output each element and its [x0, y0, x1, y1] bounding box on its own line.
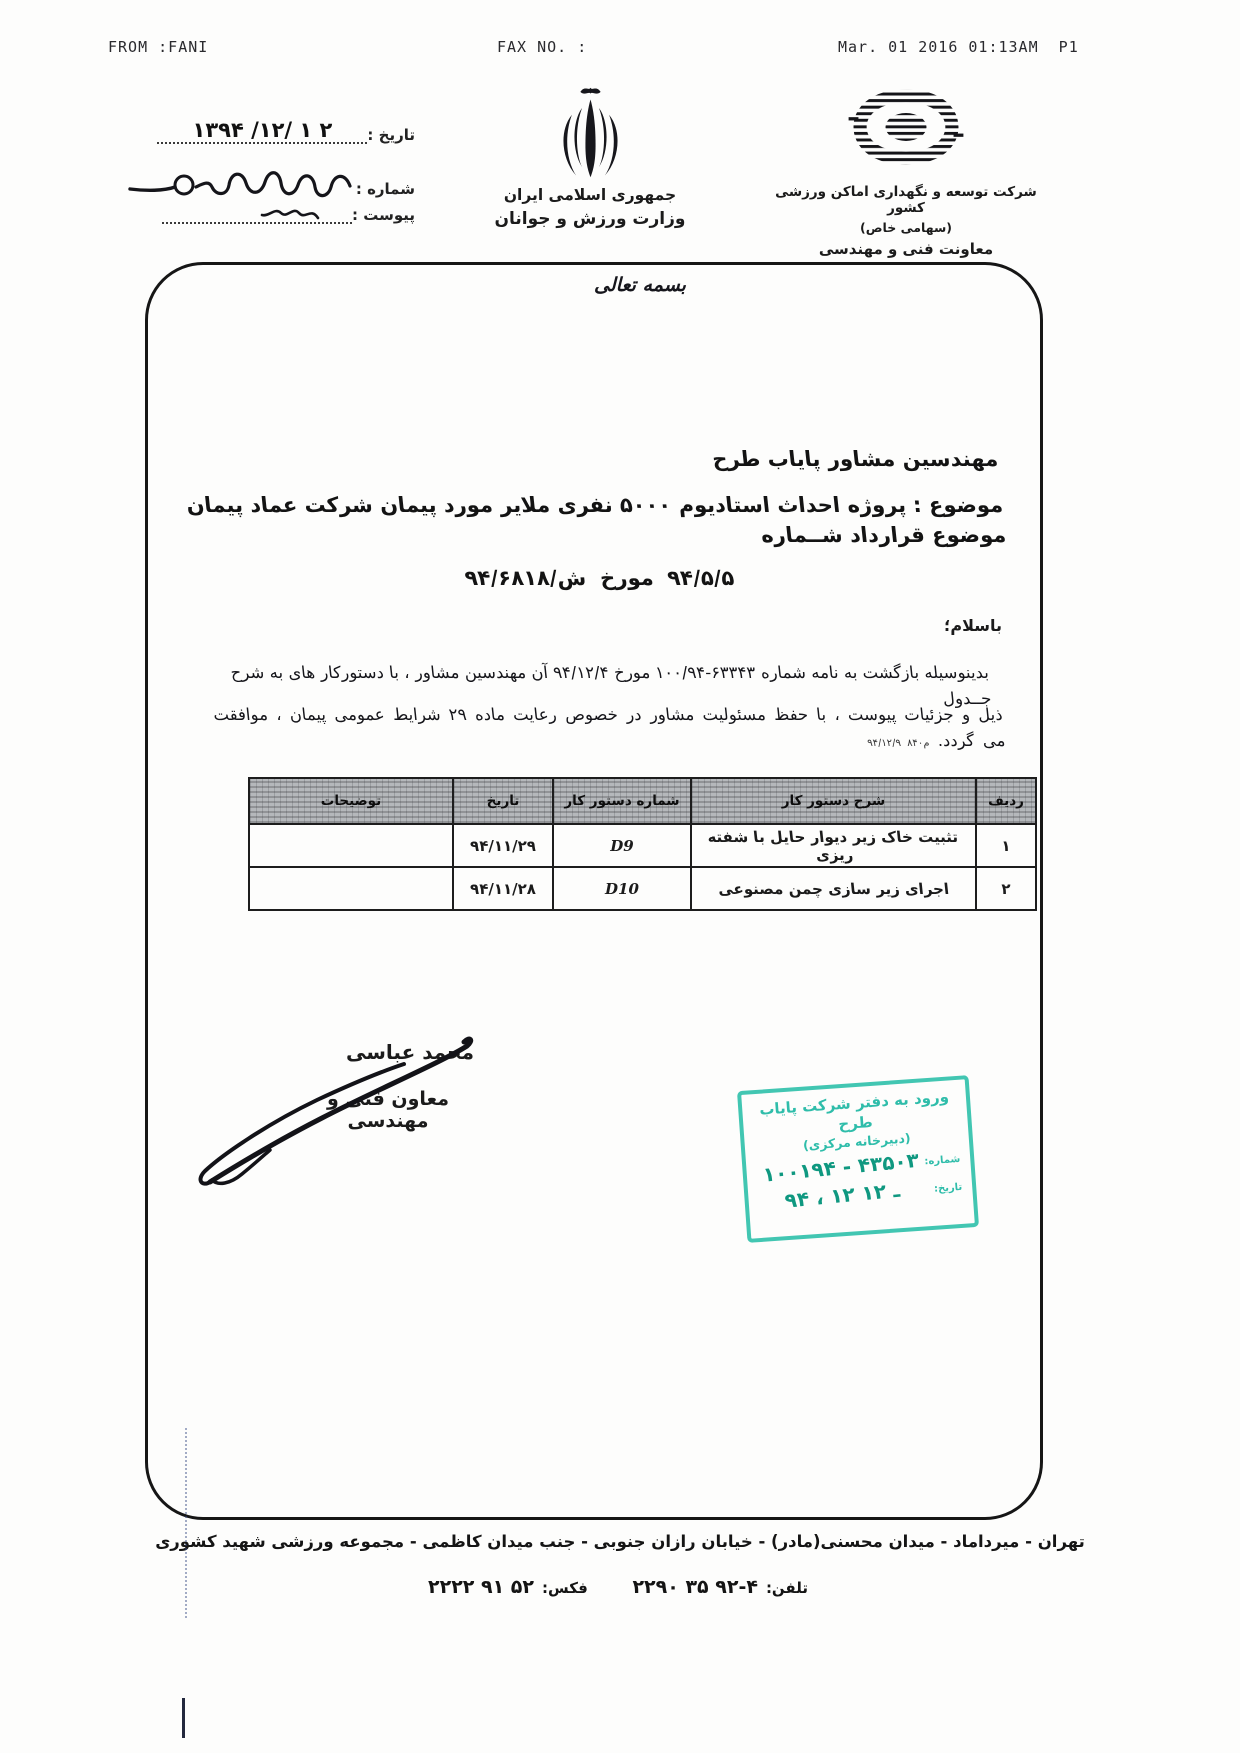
col-header-shomareh: شماره دستور کار — [553, 778, 691, 824]
fax-label: فکس: — [542, 1579, 588, 1597]
col-header-tozihat: توضیحات — [249, 778, 453, 824]
reference-block: تاریخ : ۱۳۹۴ /۱۲/ ۱ ۲ شماره : پیوست : — [90, 118, 415, 234]
striped-oval-logo-icon — [848, 86, 964, 168]
cell-shomareh: D9 — [553, 824, 691, 867]
stamp-number-label: شماره: — [924, 1153, 961, 1166]
phone-value: ۲۲۹۰ ۳۵ ۹۲-۴ — [632, 1576, 758, 1598]
scan-artifact-dotted-line — [185, 1428, 187, 1618]
cell-sharh: اجرای زیر سازی چمن مصنوعی — [689, 867, 979, 910]
scan-artifact-bar — [182, 1698, 185, 1738]
contract-ref-line: ۹۴/۶۸۱۸/ش مورخ ۹۴/۵/۵ — [187, 566, 1012, 590]
cell-tarikh: ۹۴/۱۱/۲۸ — [453, 867, 553, 910]
stamp-date-label: تاریخ: — [934, 1181, 963, 1194]
letterhead-logo — [848, 86, 964, 168]
cell-tarikh: ۹۴/۱۱/۲۹ — [453, 824, 553, 867]
company-type: (سهامی خاص) — [772, 220, 1040, 235]
ref-attachment-line — [162, 204, 352, 224]
fax-document-page: { "fax_header": { "from": "FROM :FANI", … — [0, 0, 1240, 1753]
ref-attachment-row: پیوست : — [90, 204, 415, 224]
cell-sharh: تثبیت خاک زیر دیوار حایل با شفته ریزی — [689, 824, 979, 867]
contract-number: ۹۴/۶۸۱۸/ش — [464, 566, 588, 590]
body-line-2: ذیل و جزئیات پیوست ، با حفظ مسئولیت مشاو… — [189, 702, 1007, 757]
phone-label: تلفن: — [766, 1579, 808, 1597]
subject-line: موضوع : پروژه احداث استادیوم ۵۰۰۰ نفری م… — [179, 490, 1007, 550]
recipient-line: مهندسین مشاور پایاب طرح — [174, 444, 999, 474]
phone-group: تلفن: ۲۲۹۰ ۳۵ ۹۲-۴ — [632, 1576, 808, 1598]
signer-title: معاون فنی و مهندسی — [288, 1088, 488, 1132]
signer-name: محمد عباسی — [335, 1040, 485, 1064]
country-title: جمهوری اسلامی ایران — [480, 186, 700, 204]
directives-table-wrap: ردیف شرح دستور کار شماره دستور کار تاریخ… — [248, 777, 1037, 911]
cell-radif: ۲ — [976, 867, 1036, 910]
body-ref-date: ۹۴/۱۲/۴ — [552, 663, 609, 682]
salutation: باسلام؛ — [822, 616, 1002, 635]
cell-tozihat — [249, 867, 453, 910]
ref-number-row: شماره : — [90, 154, 415, 198]
cell-shomareh: D10 — [553, 867, 691, 910]
letterhead-right-text: شرکت توسعه و نگهداری اماکن ورزشی کشور (س… — [772, 184, 1040, 258]
directives-table: ردیف شرح دستور کار شماره دستور کار تاریخ… — [248, 777, 1037, 911]
table-header-row: ردیف شرح دستور کار شماره دستور کار تاریخ… — [249, 778, 1036, 824]
cell-tozihat — [249, 824, 453, 867]
handwritten-scribble-small-icon — [260, 204, 322, 226]
col-header-sharh: شرح دستور کار — [691, 778, 976, 824]
ref-date-value: ۱۳۹۴ /۱۲/ ۱ ۲ — [187, 118, 339, 143]
col-header-tarikh: تاریخ — [453, 778, 553, 824]
fax-header-timestamp: Mar. 01 2016 01:13AM P1 — [838, 38, 1079, 56]
entry-stamp: ورود به دفتر شرکت پایاب طرح (دبیرخانه مر… — [737, 1075, 979, 1243]
besmele: بسمه تعالی — [540, 274, 740, 296]
ref-number-label: شماره : — [356, 180, 415, 198]
department-name: معاونت فنی و مهندسی — [772, 240, 1040, 258]
contract-morekh: مورخ — [599, 566, 655, 590]
body-1b: مورخ — [613, 663, 651, 682]
iran-coat-of-arms-icon — [548, 86, 633, 184]
body-ref-number: ۱۰۰/۹۴-۶۳۳۴۳ — [654, 663, 756, 682]
footer-phones: تلفن: ۲۲۹۰ ۳۵ ۹۲-۴ فکس: ۲۲۲۲ ۹۱ ۵۲ — [428, 1576, 808, 1598]
ref-date-row: تاریخ : ۱۳۹۴ /۱۲/ ۱ ۲ — [90, 118, 415, 144]
ref-date-line: ۱۳۹۴ /۱۲/ ۱ ۲ — [157, 118, 367, 144]
col-header-radif: ردیف — [976, 778, 1036, 824]
ref-attachment-label: پیوست : — [352, 206, 415, 224]
table-row: ۲ اجرای زیر سازی چمن مصنوعی D10 ۹۴/۱۱/۲۸ — [249, 867, 1036, 910]
contract-date: ۹۴/۵/۵ — [666, 566, 735, 590]
fax-group: فکس: ۲۲۲۲ ۹۱ ۵۲ — [428, 1576, 588, 1598]
ref-number-line — [126, 154, 356, 198]
letterhead-center-text: جمهوری اسلامی ایران وزارت ورزش و جوانان — [480, 186, 700, 229]
ministry-title: وزارت ورزش و جوانان — [480, 209, 700, 229]
fax-header-number: FAX NO. : — [497, 38, 587, 56]
letter-heading: مهندسین مشاور پایاب طرح موضوع : پروژه اح… — [174, 444, 1011, 590]
company-name: شرکت توسعه و نگهداری اماکن ورزشی کشور — [772, 184, 1040, 216]
fax-value: ۲۲۲۲ ۹۱ ۵۲ — [428, 1576, 534, 1598]
footer-address: تهران - میرداماد - میدان محسنی(مادر) - خ… — [120, 1532, 1120, 1551]
fax-header-from: FROM :FANI — [108, 38, 208, 56]
margin-note: ۹۴/۱۲/۹ م۸۴۰ — [867, 738, 930, 749]
body-1a: بدینوسیله بازگشت به نامه شماره — [760, 663, 990, 682]
table-row: ۱ تثبیت خاک زیر دیوار حایل با شفته ریزی … — [249, 824, 1036, 867]
handwritten-scribble-icon — [126, 160, 356, 204]
cell-radif: ۱ — [976, 824, 1036, 867]
ref-date-label: تاریخ : — [367, 126, 415, 144]
letterhead-emblem — [548, 86, 633, 184]
